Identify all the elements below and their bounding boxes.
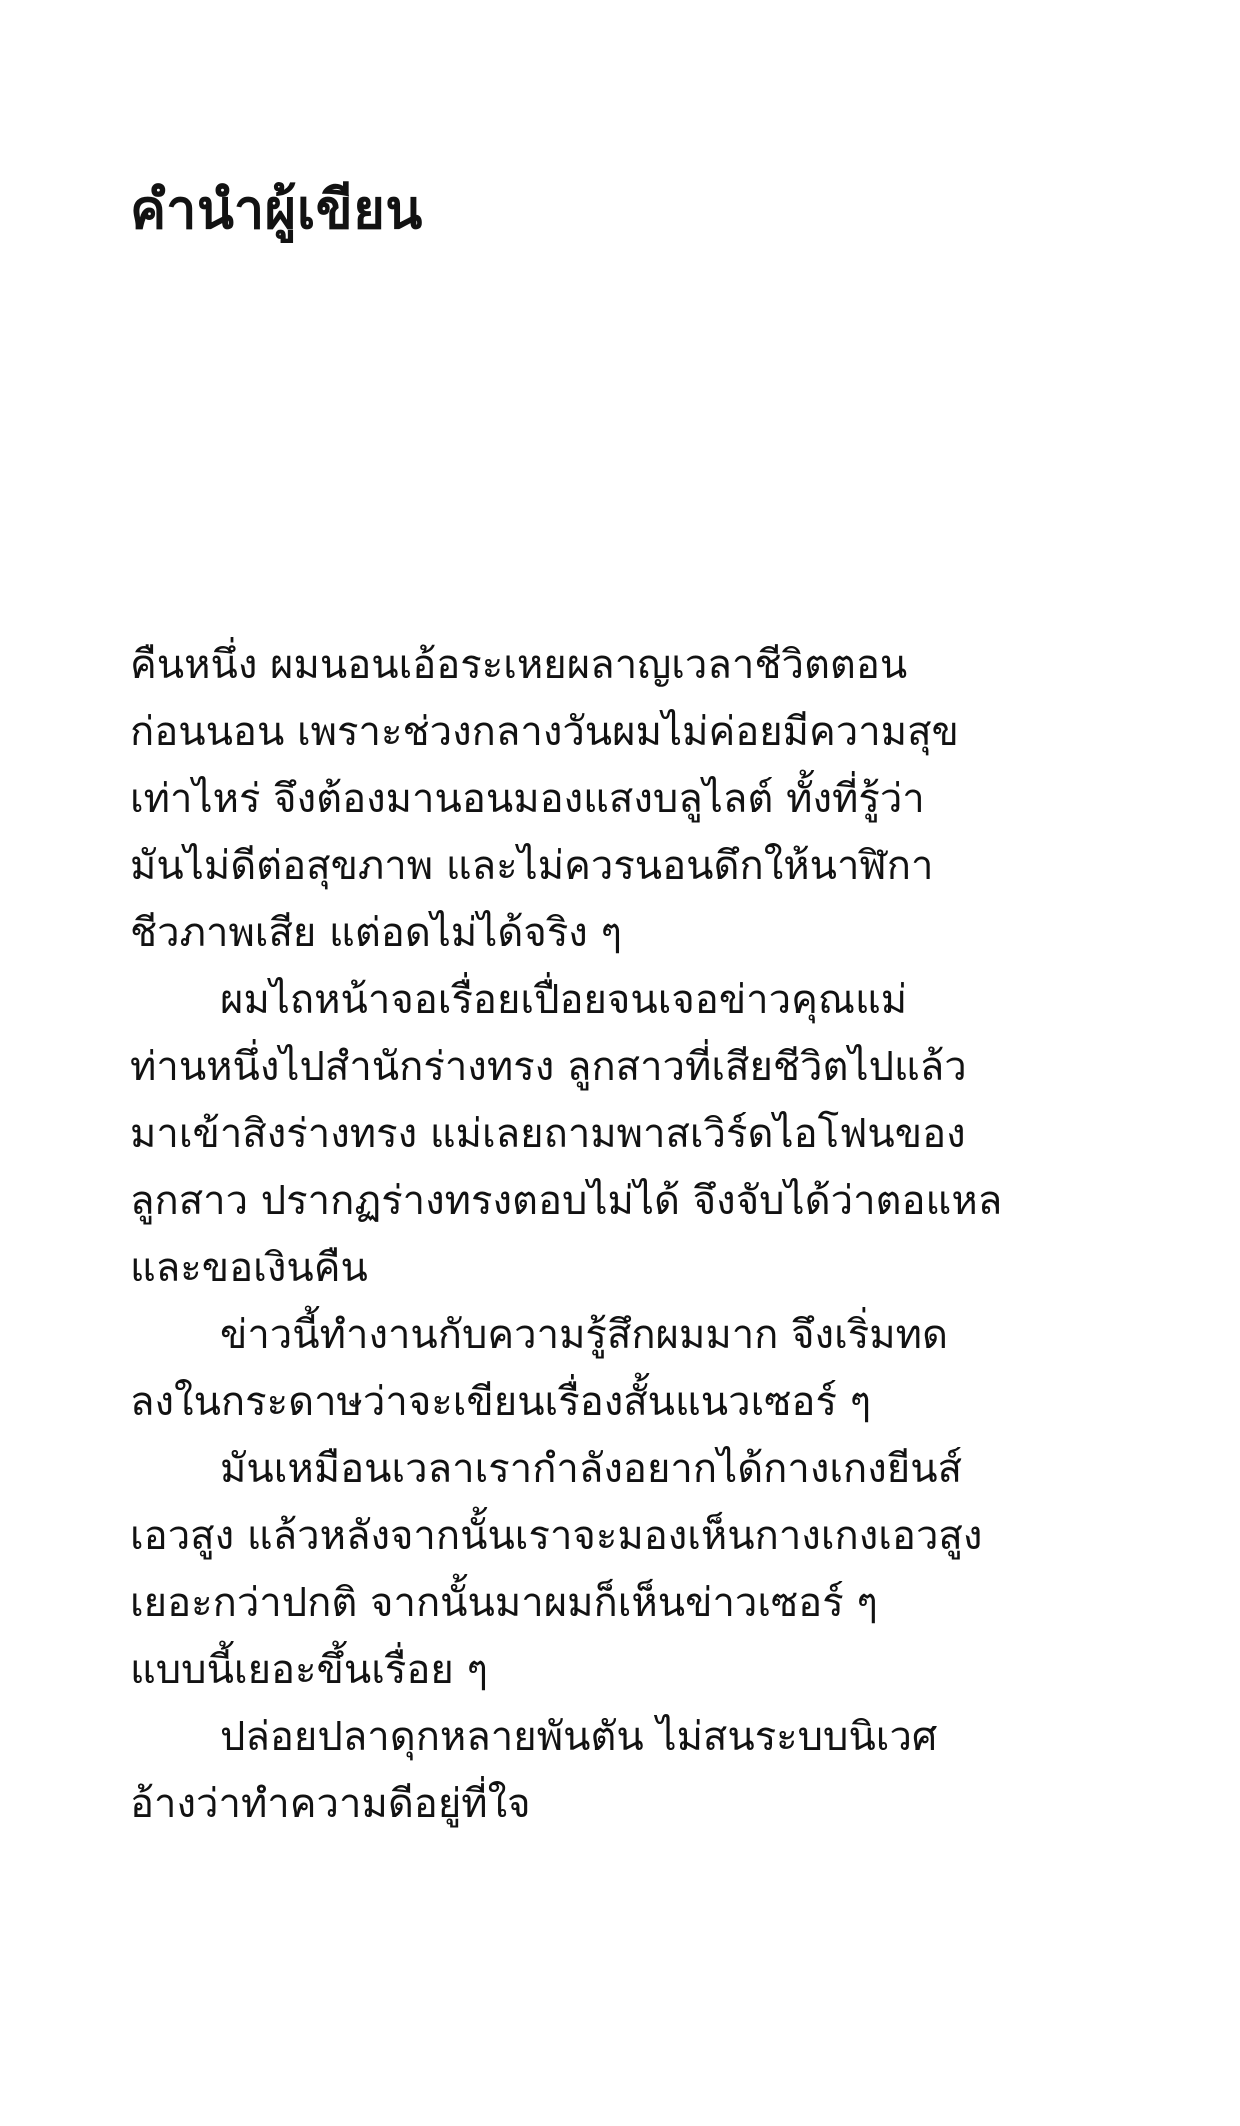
text-line: และขอเงินคืน — [130, 1235, 940, 1302]
paragraph: ผมไถหน้าจอเรื่อยเปื่อยจนเจอข่าวคุณแม่ท่า… — [130, 967, 940, 1302]
preface-body: คืนหนึ่ง ผมนอนเอ้อระเหยผลาญเวลาชีวิตตอนก… — [130, 632, 940, 1838]
text-line: ข่าวนี้ทำงานกับความรู้สึกผมมาก จึงเริ่มท… — [130, 1302, 940, 1369]
text-line: มันไม่ดีต่อสุขภาพ และไม่ควรนอนดึกให้นาฬิ… — [130, 833, 940, 900]
book-page: คำนำผู้เขียน คืนหนึ่ง ผมนอนเอ้อระเหยผลาญ… — [0, 0, 1240, 2126]
text-line: มันเหมือนเวลาเรากำลังอยากได้กางเกงยีนส์ — [130, 1436, 940, 1503]
text-line: ชีวภาพเสีย แต่อดไม่ได้จริง ๆ — [130, 900, 940, 967]
paragraph: ปล่อยปลาดุกหลายพันตัน ไม่สนระบบนิเวศอ้าง… — [130, 1704, 940, 1838]
text-line: เอวสูง แล้วหลังจากนั้นเราจะมองเห็นกางเกง… — [130, 1503, 940, 1570]
text-line: คืนหนึ่ง ผมนอนเอ้อระเหยผลาญเวลาชีวิตตอน — [130, 632, 940, 699]
text-line: ผมไถหน้าจอเรื่อยเปื่อยจนเจอข่าวคุณแม่ — [130, 967, 940, 1034]
paragraph: ข่าวนี้ทำงานกับความรู้สึกผมมาก จึงเริ่มท… — [130, 1302, 940, 1436]
text-line: เยอะกว่าปกติ จากนั้นมาผมก็เห็นข่าวเซอร์ … — [130, 1570, 940, 1637]
page-title: คำนำผู้เขียน — [130, 168, 423, 252]
text-line: มาเข้าสิงร่างทรง แม่เลยถามพาสเวิร์ดไอโฟน… — [130, 1101, 940, 1168]
text-line: ท่านหนึ่งไปสำนักร่างทรง ลูกสาวที่เสียชีว… — [130, 1034, 940, 1101]
text-line: ปล่อยปลาดุกหลายพันตัน ไม่สนระบบนิเวศ — [130, 1704, 940, 1771]
text-line: อ้างว่าทำความดีอยู่ที่ใจ — [130, 1771, 940, 1838]
text-line: แบบนี้เยอะขึ้นเรื่อย ๆ — [130, 1637, 940, 1704]
paragraph: มันเหมือนเวลาเรากำลังอยากได้กางเกงยีนส์เ… — [130, 1436, 940, 1704]
text-line: ลงในกระดาษว่าจะเขียนเรื่องสั้นแนวเซอร์ ๆ — [130, 1369, 940, 1436]
paragraph: คืนหนึ่ง ผมนอนเอ้อระเหยผลาญเวลาชีวิตตอนก… — [130, 632, 940, 967]
text-line: ก่อนนอน เพราะช่วงกลางวันผมไม่ค่อยมีความส… — [130, 699, 940, 766]
text-line: เท่าไหร่ จึงต้องมานอนมองแสงบลูไลต์ ทั้งท… — [130, 766, 940, 833]
text-line: ลูกสาว ปรากฏร่างทรงตอบไม่ได้ จึงจับได้ว่… — [130, 1168, 940, 1235]
